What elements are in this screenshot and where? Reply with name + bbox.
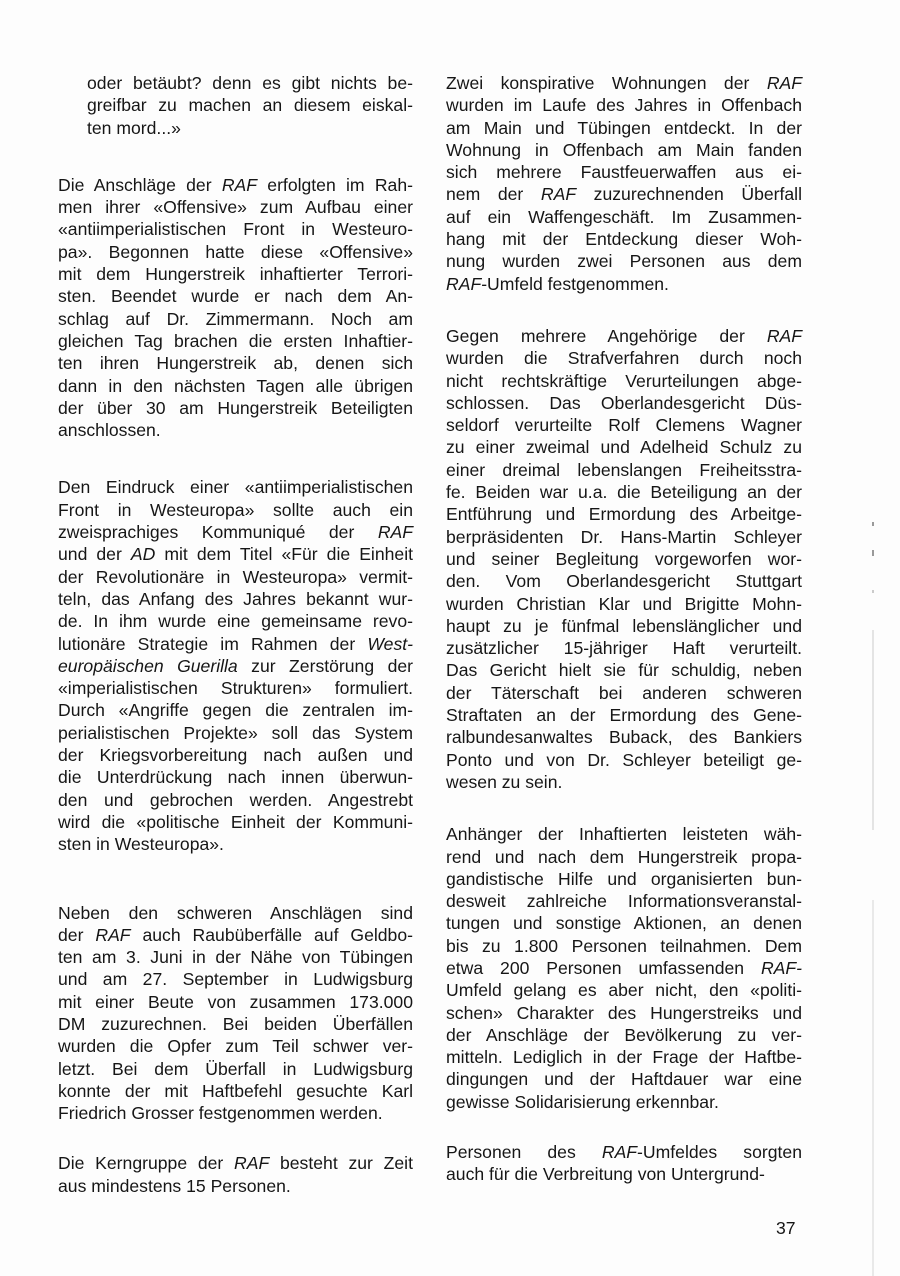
paragraph-offensive: Die Anschläge der RAF erfolgten im Rah-m… <box>58 174 413 442</box>
text-line: haupt zu je fünfmal lebenslänglicher und <box>446 615 802 637</box>
right-column: Zwei konspirative Wohnungen der RAFwurde… <box>446 72 802 1186</box>
text-line: die Unterdrückung nach innen überwun- <box>58 766 413 788</box>
text-line: und der AD mit dem Titel «Für die Einhei… <box>58 543 413 565</box>
text-line: schlag auf Dr. Zimmermann. Noch am <box>58 308 413 330</box>
text-line: Die Kerngruppe der RAF besteht zur Zeit <box>58 1152 413 1174</box>
text-line: nem der RAF zuzurechnenden Überfall <box>446 183 802 205</box>
italic-term: AD <box>131 544 155 564</box>
text-line: etwa 200 Personen umfassenden RAF- <box>446 957 802 979</box>
paragraph-anhaenger: Anhänger der Inhaftierten leisteten wäh-… <box>446 823 802 1113</box>
text-line: den und gebrochen werden. Angestrebt <box>58 789 413 811</box>
text-line: mit einer Beute von zusammen 173.000 <box>58 991 413 1013</box>
text-line: Neben den schweren Anschlägen sind <box>58 902 413 924</box>
text-line: perialistischen Projekte» soll das Syste… <box>58 722 413 744</box>
left-column: oder betäubt? denn es gibt nichts be-gre… <box>58 72 413 1197</box>
text-line: ten mord...» <box>87 117 413 139</box>
text-line: de. In ihm wurde eine gemeinsame revo- <box>58 610 413 632</box>
text-line: wurden die Opfer zum Teil schwer ver- <box>58 1035 413 1057</box>
text-line: und seiner Begleitung vorgeworfen wor- <box>446 548 802 570</box>
text-line: sten in Westeuropa». <box>58 833 413 855</box>
page-number: 37 <box>776 1218 796 1239</box>
text-line: Den Eindruck einer «antiimperialistische… <box>58 476 413 498</box>
paragraph-kerngruppe: Die Kerngruppe der RAF besteht zur Zeita… <box>58 1152 413 1197</box>
text-line: schlossen. Das Oberlandesgericht Düs- <box>446 392 802 414</box>
text-line: ten am 3. Juni in der Nähe von Tübingen <box>58 946 413 968</box>
text-line: wesen zu sein. <box>446 771 802 793</box>
text-line: gewisse Solidarisierung erkennbar. <box>446 1091 802 1113</box>
text-line: europäischen Guerilla zur Zerstörung der <box>58 655 413 677</box>
text-line: bis zu 1.800 Personen teilnahmen. Dem <box>446 935 802 957</box>
text-line: ten ihren Hungerstreik ab, denen sich <box>58 352 413 374</box>
text-line: Wohnung in Offenbach am Main fanden <box>446 139 802 161</box>
text-line: Friedrich Grosser festgenommen werden. <box>58 1102 413 1124</box>
text-line: dann in den nächsten Tagen alle übrigen <box>58 375 413 397</box>
text-line: tungen und sonstige Aktionen, an denen <box>446 912 802 934</box>
text-line: teln, das Anfang des Jahres bekannt wur- <box>58 588 413 610</box>
text-line: pa». Begonnen hatte diese «Offensive» <box>58 241 413 263</box>
text-line: auf ein Waffengeschäft. Im Zusammen- <box>446 206 802 228</box>
text-line: Umfeld gelang es aber nicht, den «politi… <box>446 979 802 1001</box>
paragraph-strafverfahren: Gegen mehrere Angehörige der RAFwurden d… <box>446 325 802 793</box>
italic-term: RAF <box>446 274 481 294</box>
text-line: mit dem Hungerstreik inhaftierter Terror… <box>58 263 413 285</box>
italic-term: RAF- <box>761 958 802 978</box>
italic-term: West- <box>367 634 413 654</box>
text-line: Durch «Angriffe gegen die zentralen im- <box>58 699 413 721</box>
text-line: den. Vom Oberlandesgericht Stuttgart <box>446 570 802 592</box>
text-line: zu einer zweimal und Adelheid Schulz zu <box>446 436 802 458</box>
text-line: seldorf verurteilte Rolf Clemens Wagner <box>446 414 802 436</box>
text-line: RAF-Umfeld festgenommen. <box>446 273 802 295</box>
text-line: «imperialistischen Strukturen» formulier… <box>58 677 413 699</box>
text-line: der über 30 am Hungerstreik Beteiligten <box>58 397 413 419</box>
text-line: mitteln. Lediglich in der Frage der Haft… <box>446 1046 802 1068</box>
text-line: dingungen und der Haftdauer war eine <box>446 1068 802 1090</box>
text-line: Zwei konspirative Wohnungen der RAF <box>446 72 802 94</box>
text-line: Straftaten an der Ermordung des Gene- <box>446 704 802 726</box>
text-line: aus mindestens 15 Personen. <box>58 1175 413 1197</box>
text-line: DM zuzurechnen. Bei beiden Überfällen <box>58 1013 413 1035</box>
quote-ending: oder betäubt? denn es gibt nichts be-gre… <box>58 72 413 139</box>
text-line: zweisprachiges Kommuniqué der RAF <box>58 521 413 543</box>
text-line: Entführung und Ermordung des Arbeitge- <box>446 503 802 525</box>
text-line: desweit zahlreiche Informationsveranstal… <box>446 890 802 912</box>
text-line: wurden Christian Klar und Brigitte Mohn- <box>446 593 802 615</box>
text-line: am Main und Tübingen entdeckt. In der <box>446 117 802 139</box>
text-line: ralbundesanwaltes Buback, des Bankiers <box>446 726 802 748</box>
text-line: hang mit der Entdeckung dieser Woh- <box>446 228 802 250</box>
text-line: der Revolutionäre in Westeuropa» vermit- <box>58 566 413 588</box>
text-line: Das Gericht hielt sie für schuldig, nebe… <box>446 659 802 681</box>
text-line: Gegen mehrere Angehörige der RAF <box>446 325 802 347</box>
text-line: der Täterschaft bei anderen schweren <box>446 682 802 704</box>
italic-term: RAF <box>378 522 413 542</box>
text-line: «antiimperialistischen Front in Westeuro… <box>58 218 413 240</box>
text-line: men ihrer «Offensive» zum Aufbau einer <box>58 196 413 218</box>
scan-edge-marks <box>872 500 875 1276</box>
italic-term: RAF <box>602 1142 637 1162</box>
text-line: zusätzlicher 15-jähriger Haft verurteilt… <box>446 637 802 659</box>
text-line: Ponto und von Dr. Schleyer beteiligt ge- <box>446 749 802 771</box>
paragraph-front-westeuropa: Den Eindruck einer «antiimperialistische… <box>58 476 413 855</box>
text-line: wurden im Laufe des Jahres in Offenbach <box>446 94 802 116</box>
text-line: wurden die Strafverfahren durch noch <box>446 347 802 369</box>
text-line: konnte der mit Haftbefehl gesuchte Karl <box>58 1080 413 1102</box>
text-line: Front in Westeuropa» sollte auch ein <box>58 499 413 521</box>
text-line: fe. Beiden war u.a. die Beteiligung an d… <box>446 481 802 503</box>
paragraph-umfeld: Personen des RAF-Umfeldes sorgtenauch fü… <box>446 1141 802 1186</box>
text-line: oder betäubt? denn es gibt nichts be- <box>87 72 413 94</box>
text-line: Anhänger der Inhaftierten leisteten wäh- <box>446 823 802 845</box>
italic-term: RAF <box>222 175 257 195</box>
italic-term: RAF <box>234 1153 269 1173</box>
text-line: sten. Beendet wurde er nach dem An- <box>58 285 413 307</box>
text-line: sich mehrere Faustfeuerwaffen aus ei- <box>446 161 802 183</box>
paragraph-wohnungen: Zwei konspirative Wohnungen der RAFwurde… <box>446 72 802 295</box>
text-line: letzt. Bei dem Überfall in Ludwigsburg <box>58 1058 413 1080</box>
italic-term: RAF <box>767 326 802 346</box>
text-line: einer dreimal lebenslangen Freiheitsstra… <box>446 459 802 481</box>
text-line: und am 27. September in Ludwigsburg <box>58 968 413 990</box>
text-line: wird die «politische Einheit der Kommuni… <box>58 811 413 833</box>
text-line: lutionäre Strategie im Rahmen der West- <box>58 633 413 655</box>
italic-term: europäischen Guerilla <box>58 656 238 676</box>
text-line: der Kriegsvorbereitung nach außen und <box>58 744 413 766</box>
text-line: gandistische Hilfe und organisierten bun… <box>446 868 802 890</box>
text-line: Personen des RAF-Umfeldes sorgten <box>446 1141 802 1163</box>
paragraph-raubueberfaelle: Neben den schweren Anschlägen sindder RA… <box>58 902 413 1125</box>
text-line: der Anschläge der Bevölkerung zu ver- <box>446 1024 802 1046</box>
text-line: anschlossen. <box>58 419 413 441</box>
document-page: oder betäubt? denn es gibt nichts be-gre… <box>0 0 900 1276</box>
text-line: berpräsidenten Dr. Hans-Martin Schleyer <box>446 526 802 548</box>
text-line: der RAF auch Raubüberfälle auf Geldbo- <box>58 924 413 946</box>
text-line: gleichen Tag brachen die ersten Inhaftie… <box>58 330 413 352</box>
italic-term: RAF <box>541 184 576 204</box>
text-line: Die Anschläge der RAF erfolgten im Rah- <box>58 174 413 196</box>
text-line: nicht rechtskräftige Verurteilungen abge… <box>446 370 802 392</box>
italic-term: RAF <box>95 925 130 945</box>
text-line: schen» Charakter des Hungerstreiks und <box>446 1002 802 1024</box>
italic-term: RAF <box>767 73 802 93</box>
text-line: greifbar zu machen an diesem eiskal- <box>87 94 413 116</box>
text-line: nung wurden zwei Personen aus dem <box>446 250 802 272</box>
text-line: rend und nach dem Hungerstreik propa- <box>446 846 802 868</box>
text-line: auch für die Verbreitung von Untergrund- <box>446 1163 802 1185</box>
